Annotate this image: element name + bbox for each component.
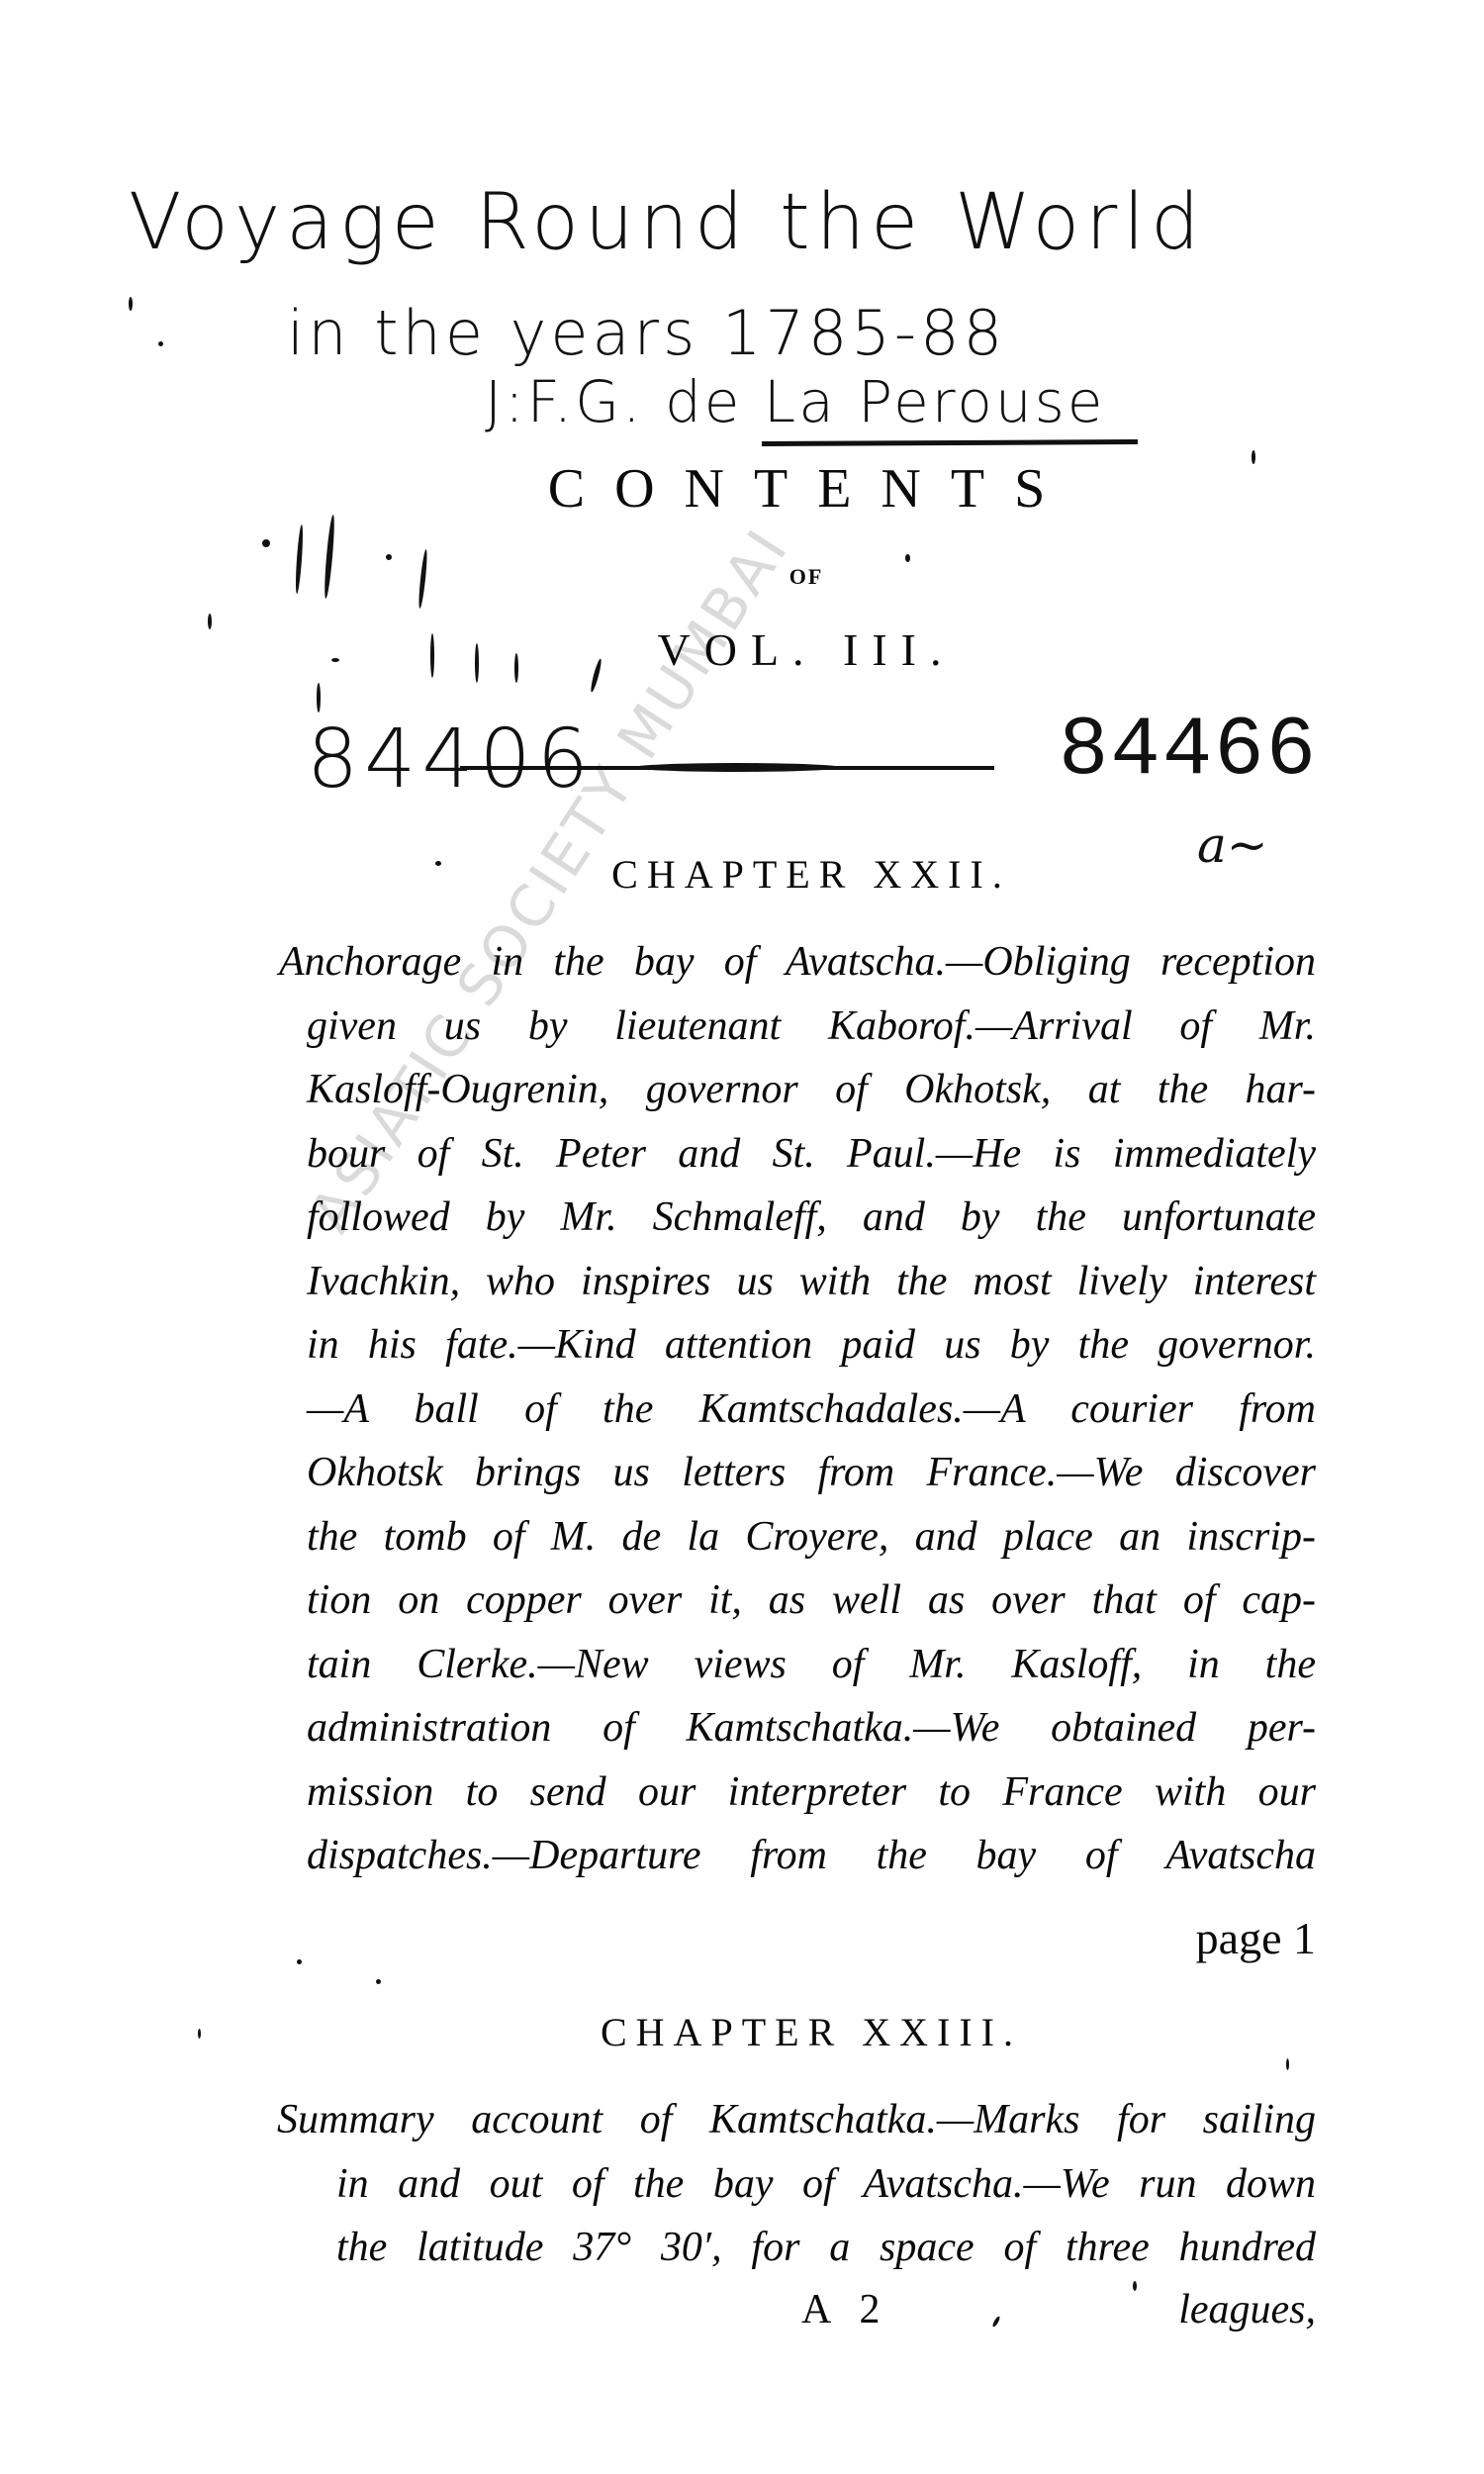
- scan-speck: [475, 643, 479, 683]
- summary-line: tion on copper over it, as well as over …: [307, 1569, 1316, 1633]
- summary-line: administration of Kamtschatka.—We obtain…: [307, 1696, 1316, 1760]
- scan-speck: [262, 539, 270, 547]
- summary-line: Summary account of Kamtschatka.—Marks fo…: [277, 2088, 1316, 2152]
- handwritten-years: in the years 1785-88: [287, 297, 1006, 369]
- summary-line: tain Clerke.—New views of Mr. Kasloff, i…: [307, 1633, 1316, 1697]
- chapter-23-heading: CHAPTER XXIII.: [0, 2009, 1484, 2055]
- of-label: OF: [0, 564, 1484, 590]
- summary-line: Kasloff-Ougrenin, governor of Okhotsk, a…: [307, 1058, 1316, 1122]
- scan-speck: [1252, 450, 1255, 464]
- summary-line: dispatches.—Departure from the bay of Av…: [307, 1824, 1316, 1888]
- summary-line: bour of St. Peter and St. Paul.—He is im…: [307, 1122, 1316, 1187]
- book-page: ASIATIC SOCIETY MUMBAI Voyage Round the …: [0, 0, 1484, 2474]
- scan-speck: [435, 861, 441, 866]
- scan-speck: [198, 2029, 201, 2039]
- author-underline: [762, 439, 1138, 446]
- scan-speck: [430, 633, 434, 678]
- summary-line: mission to send our interpreter to Franc…: [307, 1760, 1316, 1825]
- stamped-accession-number: 84466: [1059, 705, 1318, 799]
- scan-speck: [514, 653, 518, 683]
- handwritten-accession-number: 84406: [307, 713, 595, 807]
- summary-line: Anchorage in the bay of Avatscha.—Obligi…: [279, 930, 1316, 995]
- ornamental-rule-swell: [633, 763, 841, 772]
- chapter-22-summary: Anchorage in the bay of Avatscha.—Obligi…: [307, 930, 1316, 1888]
- catchword: leagues,: [1178, 2286, 1316, 2333]
- summary-line: —A ball of the Kamtschadales.—A courier …: [307, 1378, 1316, 1442]
- scan-speck: [297, 1959, 302, 1964]
- scan-speck: [991, 2316, 1000, 2328]
- chapter-22-heading: CHAPTER XXII.: [0, 851, 1484, 898]
- summary-line: in his fate.—Kind attention paid us by t…: [307, 1313, 1316, 1378]
- summary-line: the tomb of M. de la Croyere, and place …: [307, 1505, 1316, 1570]
- summary-line: given us by lieutenant Kaborof.—Arrival …: [307, 995, 1316, 1059]
- scan-speck: [1286, 2058, 1289, 2070]
- page-reference: page 1: [1196, 1912, 1316, 1964]
- scan-speck: [905, 554, 910, 562]
- summary-line: followed by Mr. Schmaleff, and by the un…: [307, 1186, 1316, 1250]
- scan-speck: [158, 341, 163, 346]
- scan-speck: [376, 1979, 381, 1984]
- summary-line: in and out of the bay of Avatscha.—We ru…: [336, 2152, 1316, 2217]
- scan-speck: [386, 554, 392, 560]
- chapter-23-summary: Summary account of Kamtschatka.—Marks fo…: [336, 2088, 1316, 2280]
- summary-line: the latitude 37° 30′, for a space of thr…: [336, 2216, 1316, 2280]
- scan-speck: [331, 658, 339, 662]
- printer-signature: A 2: [801, 2286, 890, 2333]
- volume-label: VOL. III.: [0, 623, 1484, 676]
- scan-speck: [1133, 2281, 1137, 2291]
- handwritten-title: Voyage Round the World: [129, 178, 1206, 267]
- scan-speck: [208, 614, 212, 629]
- scan-speck: [317, 683, 321, 713]
- handwritten-author: J:F.G. de La Perouse: [485, 368, 1105, 435]
- summary-line: Ivachkin, who inspires us with the most …: [307, 1250, 1316, 1314]
- summary-line: Okhotsk brings us letters from France.—W…: [307, 1441, 1316, 1505]
- contents-heading: CONTENTS: [0, 457, 1484, 521]
- scan-speck: [129, 297, 133, 311]
